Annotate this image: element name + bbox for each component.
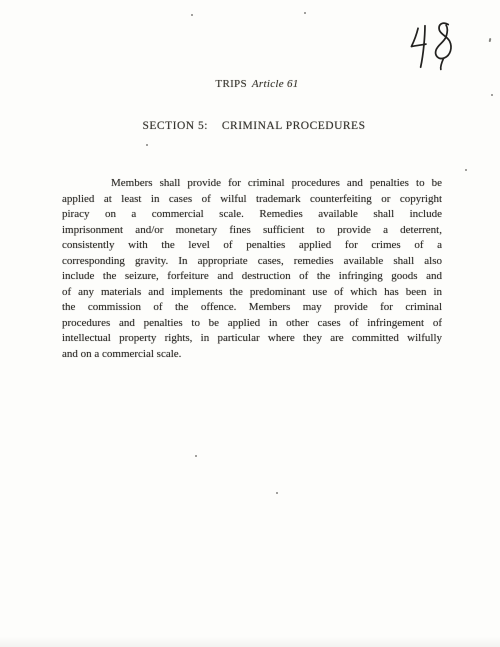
page-number-value: 48 xyxy=(457,19,458,20)
doc-label: TRIPS xyxy=(215,78,246,90)
section-label: SECTION 5: xyxy=(143,120,208,132)
scan-speck xyxy=(491,94,493,96)
body-line: corresponding gravity. In appropriate ca… xyxy=(62,254,442,270)
body-line: of any materials and implements the pred… xyxy=(62,285,442,301)
article-body: Members shall provide for criminal proce… xyxy=(62,176,442,362)
body-line: imprisonment and/or monetary fines suffi… xyxy=(62,223,442,239)
scan-speck xyxy=(276,492,278,494)
scan-speck xyxy=(304,12,306,14)
body-line: procedures and penalties to be applied i… xyxy=(62,316,442,332)
scanned-document-page: 48 TRIPSArticle 61 SECTION 5:CRIMINAL PR… xyxy=(0,0,500,647)
body-line: intellectual property rights, in particu… xyxy=(62,331,442,347)
body-line: consistently with the level of penalties… xyxy=(62,238,442,254)
body-line: piracy on a commercial scale. Remedies a… xyxy=(62,207,442,223)
body-line: the commission of the offence. Members m… xyxy=(62,300,442,316)
section-title: CRIMINAL PROCEDURES xyxy=(222,120,366,132)
handwriting-48-strokes xyxy=(405,19,460,74)
handwritten-page-number: 48 xyxy=(405,19,460,74)
document-header: TRIPSArticle 61 xyxy=(0,78,500,91)
body-line: include the seizure, forfeiture and dest… xyxy=(62,269,442,285)
body-line: Members shall provide for criminal proce… xyxy=(62,176,442,192)
section-heading: SECTION 5:CRIMINAL PROCEDURES xyxy=(0,119,500,133)
body-line: and on a commercial scale. xyxy=(62,347,442,363)
scan-speck xyxy=(191,14,193,16)
scan-speck xyxy=(489,38,491,42)
article-reference: Article 61 xyxy=(252,78,299,90)
scan-speck xyxy=(146,144,148,146)
scan-speck xyxy=(195,455,197,457)
scan-speck xyxy=(465,169,467,171)
body-line: applied at least in cases of wilful trad… xyxy=(62,192,442,208)
